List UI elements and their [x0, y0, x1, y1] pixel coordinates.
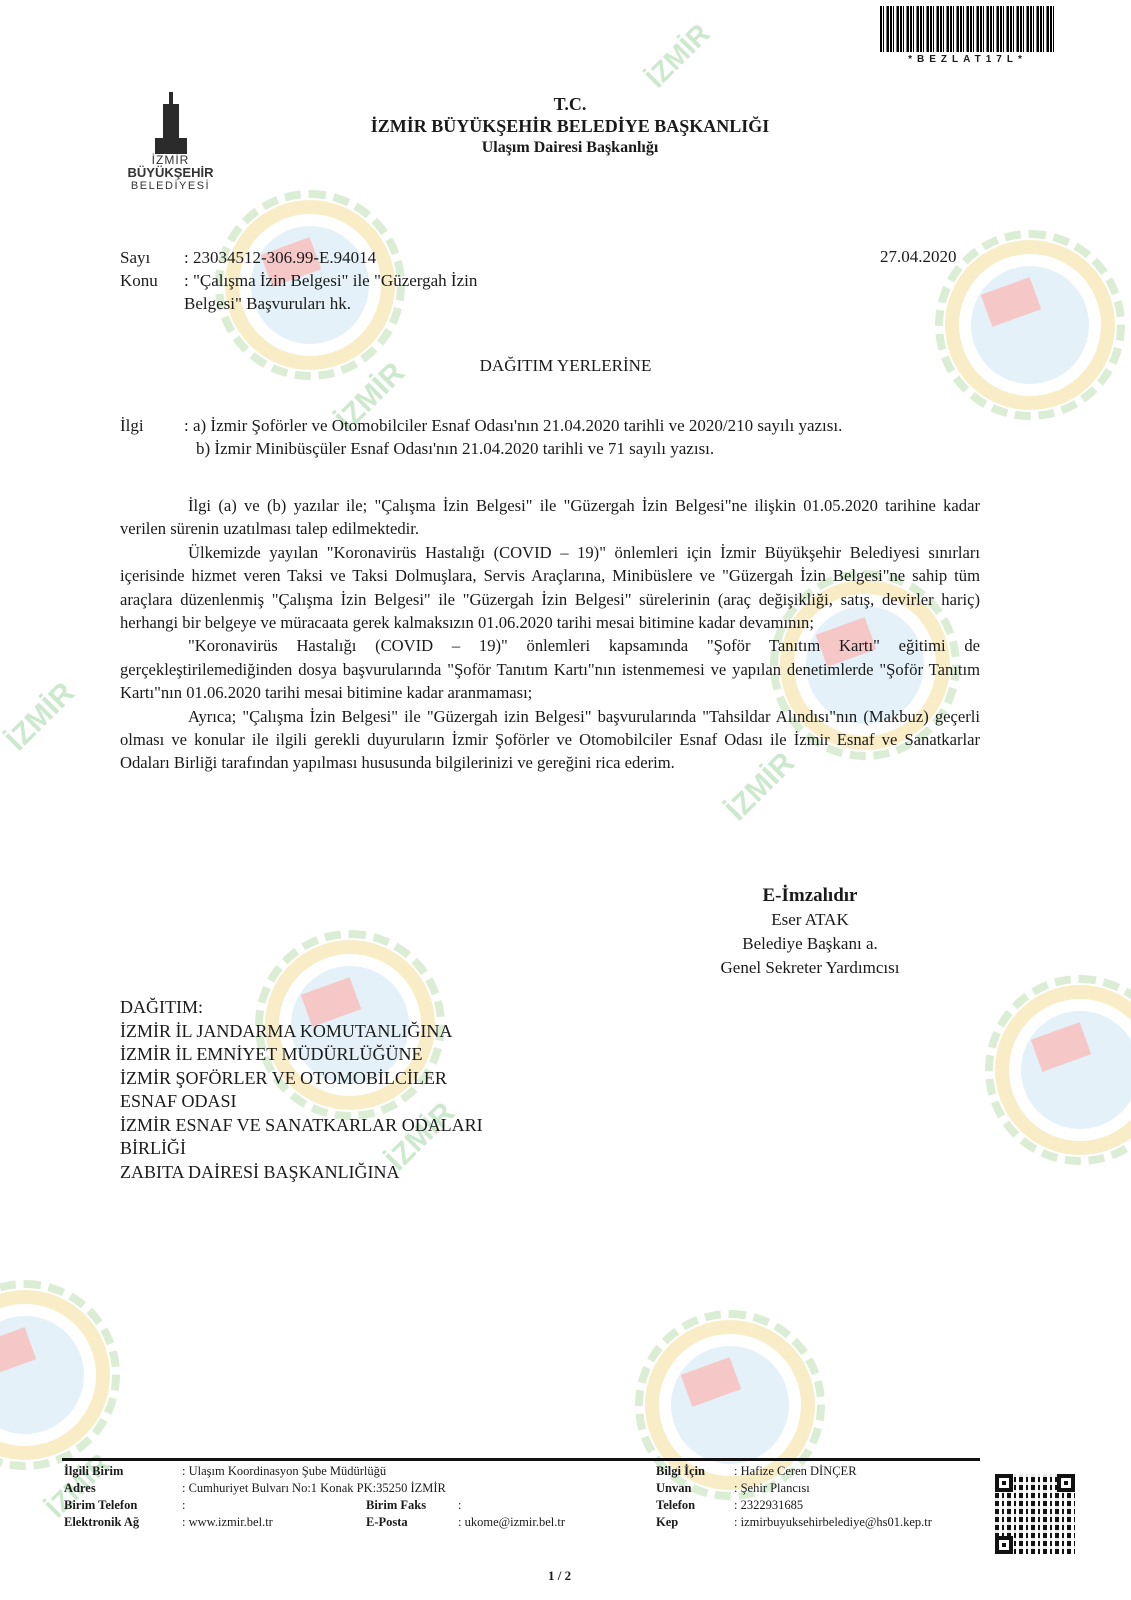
distribution-item: İZMİR ŞOFÖRLER VE OTOMOBİLCİLER	[120, 1067, 483, 1091]
distribution-item: İZMİR İL JANDARMA KOMUTANLIĞINA	[120, 1020, 483, 1044]
footer-eposta-label: E-Posta	[366, 1514, 408, 1531]
footer-divider	[62, 1458, 980, 1461]
ilgi-label: İlgi	[120, 414, 144, 437]
footer-telefon-label: Telefon	[656, 1497, 695, 1514]
footer-birim-telefon-label: Birim Telefon	[64, 1497, 137, 1514]
watermark-stamp	[995, 985, 1131, 1155]
signer-name: Eser ATAK	[660, 908, 960, 932]
footer-adres-label: Adres	[64, 1480, 96, 1497]
footer-ilgili-birim-value: : Ulaşım Koordinasyon Şube Müdürlüğü	[182, 1463, 386, 1480]
distribution-heading: DAĞITIM:	[120, 996, 483, 1020]
konu-value-line-2: Belgesi" Başvuruları hk.	[184, 292, 351, 315]
footer-kep-link[interactable]: : izmirbuyuksehirbelediye@hs01.kep.tr	[734, 1514, 932, 1531]
footer-kep-label: Kep	[656, 1514, 678, 1531]
sayi-label: Sayı	[120, 246, 150, 269]
footer-website-link[interactable]: : www.izmir.bel.tr	[182, 1514, 273, 1531]
distribution-item: İZMİR İL EMNİYET MÜDÜRLÜĞÜNE	[120, 1043, 483, 1067]
footer-birim-faks-label: Birim Faks	[366, 1497, 426, 1514]
ilgi-a: : a) İzmir Şoförler ve Otomobilciler Esn…	[184, 414, 842, 437]
letter-body: İlgi (a) ve (b) yazılar ile; "Çalışma İz…	[120, 494, 980, 775]
letterhead: T.C. İZMİR BÜYÜKŞEHİR BELEDİYE BAŞKANLIĞ…	[290, 93, 850, 159]
barcode	[880, 6, 1055, 52]
watermark-text: İZMİR	[0, 676, 82, 758]
footer-ilgili-birim-label: İlgili Birim	[64, 1463, 123, 1480]
municipality-logo: İZMİR BÜYÜKŞEHİR BELEDİYESİ	[118, 92, 223, 192]
konu-value-line-1: : "Çalışma İzin Belgesi" ile "Güzergah İ…	[184, 269, 477, 292]
footer-birim-faks-value: :	[458, 1497, 461, 1514]
letterhead-institution: İZMİR BÜYÜKŞEHİR BELEDİYE BAŞKANLIĞI	[290, 115, 850, 137]
body-paragraph-3: "Koronavirüs Hastalığı (COVID – 19)" önl…	[120, 634, 980, 704]
distribution-item: ZABITA DAİRESİ BAŞKANLIĞINA	[120, 1161, 483, 1185]
ilgi-b: b) İzmir Minibüsçüler Esnaf Odası'nın 21…	[196, 437, 714, 460]
signer-title-1: Belediye Başkanı a.	[660, 932, 960, 956]
distribution-item: ESNAF ODASI	[120, 1090, 483, 1114]
footer-unvan-value: : Şehir Plancısı	[734, 1480, 810, 1497]
footer-birim-telefon-value: :	[182, 1497, 185, 1514]
body-paragraph-1: İlgi (a) ve (b) yazılar ile; "Çalışma İz…	[120, 494, 980, 541]
footer-adres-value: : Cumhuriyet Bulvarı No:1 Konak PK:35250…	[182, 1480, 446, 1497]
logo-line-3: BELEDİYESİ	[118, 180, 223, 192]
body-paragraph-4: Ayrıca; "Çalışma İzin Belgesi" ile "Güze…	[120, 705, 980, 775]
distribution-item: İZMİR ESNAF VE SANATKARLAR ODALARI	[120, 1114, 483, 1138]
barcode-text: *BEZLAT17L*	[880, 54, 1055, 65]
logo-line-2: BÜYÜKŞEHİR	[118, 166, 223, 180]
distribution-item: BİRLİĞİ	[120, 1137, 483, 1161]
body-paragraph-2: Ülkemizde yayılan "Koronavirüs Hastalığı…	[120, 541, 980, 635]
signer-title-2: Genel Sekreter Yardımcısı	[660, 956, 960, 980]
signature-block: E-İmzalıdır Eser ATAK Belediye Başkanı a…	[660, 884, 960, 980]
footer-telefon-value: : 2322931685	[734, 1497, 803, 1514]
footer-email-link[interactable]: : ukome@izmir.bel.tr	[458, 1514, 565, 1531]
distribution-list: DAĞITIM: İZMİR İL JANDARMA KOMUTANLIĞINA…	[120, 996, 483, 1184]
watermark-stamp	[945, 240, 1115, 410]
footer-elektronik-ag-label: Elektronik Ağ	[64, 1514, 139, 1531]
konu-label: Konu	[120, 269, 158, 292]
sayi-value: : 23034512-306.99-E.94014	[184, 246, 376, 269]
document-date: 27.04.2020	[880, 247, 957, 267]
watermark-text: İZMİR	[640, 18, 717, 95]
letterhead-department: Ulaşım Dairesi Başkanlığı	[290, 137, 850, 159]
recipient-title: DAĞITIM YERLERİNE	[0, 356, 1131, 376]
watermark-stamp	[0, 1290, 110, 1460]
qr-code	[995, 1474, 1075, 1554]
page-number: 1 / 2	[548, 1568, 571, 1584]
letterhead-tc: T.C.	[290, 93, 850, 115]
footer-unvan-label: Unvan	[656, 1480, 691, 1497]
footer-bilgi-icin-label: Bilgi İçin	[656, 1463, 705, 1480]
clock-tower-icon	[151, 92, 191, 154]
e-signature-status: E-İmzalıdır	[660, 884, 960, 908]
footer-bilgi-icin-value: : Hafize Ceren DİNÇER	[734, 1463, 857, 1480]
